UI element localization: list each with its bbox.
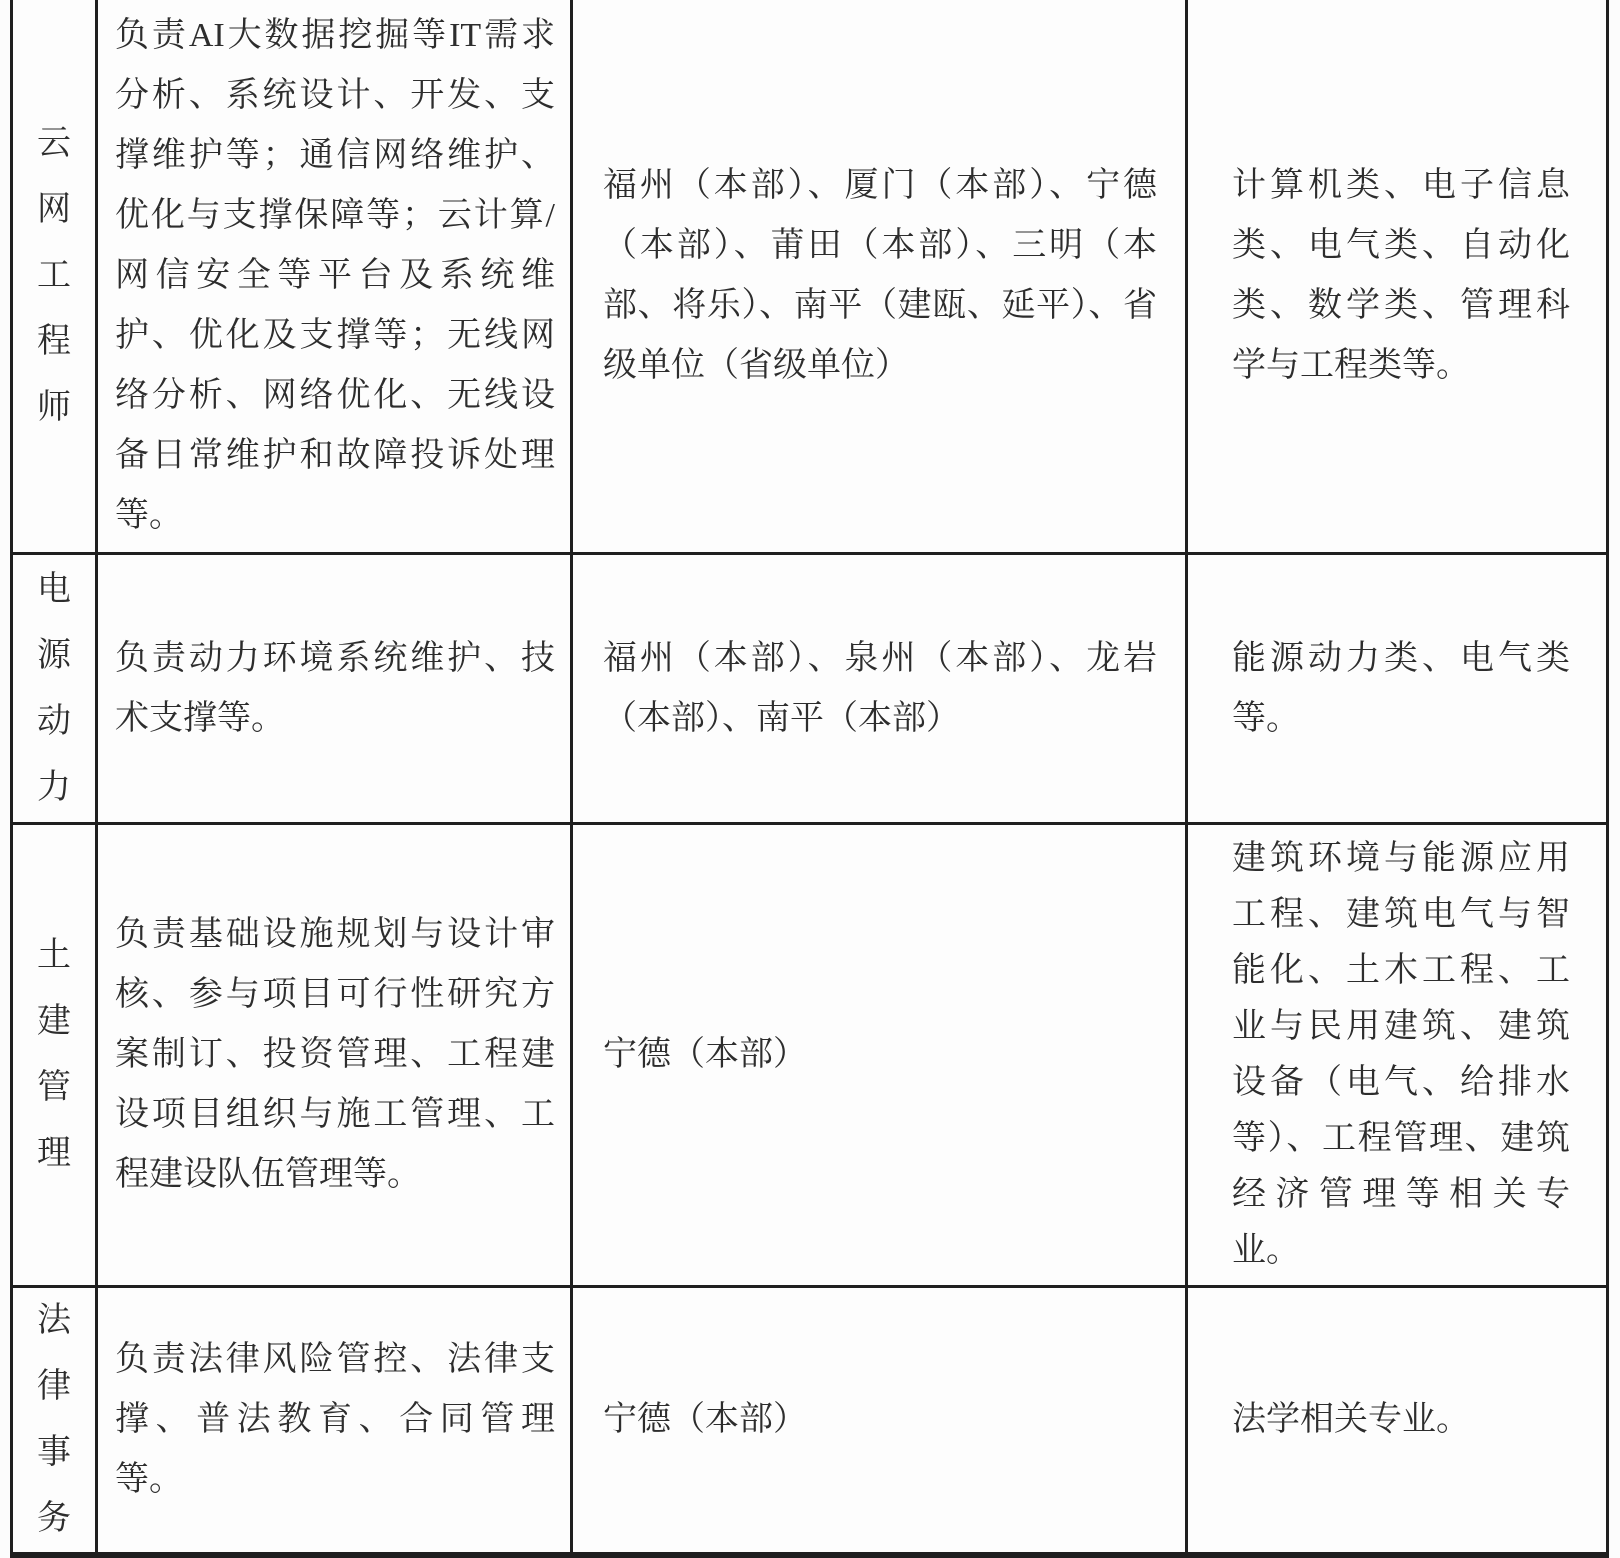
work-locations-cell: 福州（本部）、泉州（本部）、龙岩（本部）、南平（本部） xyxy=(572,554,1187,824)
table-row: 法律事务 负责法律风险管控、法律支撑、普法教育、合同管理等。 宁德（本部） 法学… xyxy=(12,1287,1608,1471)
table-row: 土建管理 负责基础设施规划与设计审核、参与项目可行性研究方案制订、投资管理、工程… xyxy=(12,824,1608,1287)
job-duties-cell: 负责法律风险管控、法律支撑、普法教育、合同管理等。 xyxy=(97,1287,572,1471)
job-duties-cell: 负责动力环境系统维护、技术支撑等。 xyxy=(97,554,572,824)
work-locations-cell: 福州（本部）、厦门（本部）、宁德（本部）、莆田（本部）、三明（本部、将乐）、南平… xyxy=(572,0,1187,554)
position-title-cell: 法律事务 xyxy=(12,1287,97,1471)
major-requirements-cell: 能源动力类、电气类等。 xyxy=(1187,554,1608,824)
table-row: 云网工程师 负责AI大数据挖掘等IT需求分析、系统设计、开发、支撑维护等；通信网… xyxy=(12,0,1608,554)
work-locations-cell: 宁德（本部） xyxy=(572,1287,1187,1471)
major-requirements-cell: 法学相关专业。 xyxy=(1187,1287,1608,1471)
major-requirements-cell: 建筑环境与能源应用工程、建筑电气与智能化、土木工程、工业与民用建筑、建筑设备（电… xyxy=(1187,824,1608,1287)
table-row: 电源动力 负责动力环境系统维护、技术支撑等。 福州（本部）、泉州（本部）、龙岩（… xyxy=(12,554,1608,824)
major-requirements-cell: 计算机类、电子信息类、电气类、自动化类、数学类、管理科学与工程类等。 xyxy=(1187,0,1608,554)
position-title-cell: 云网工程师 xyxy=(12,0,97,554)
work-locations-cell: 宁德（本部） xyxy=(572,824,1187,1287)
job-duties-cell: 负责AI大数据挖掘等IT需求分析、系统设计、开发、支撑维护等；通信网络维护、优化… xyxy=(97,0,572,554)
job-duties-cell: 负责基础设施规划与设计审核、参与项目可行性研究方案制订、投资管理、工程建设项目组… xyxy=(97,824,572,1287)
document-page: 云网工程师 负责AI大数据挖掘等IT需求分析、系统设计、开发、支撑维护等；通信网… xyxy=(0,0,1620,1470)
recruitment-table: 云网工程师 负责AI大数据挖掘等IT需求分析、系统设计、开发、支撑维护等；通信网… xyxy=(10,0,1609,1470)
position-title-cell: 土建管理 xyxy=(12,824,97,1287)
position-title-cell: 电源动力 xyxy=(12,554,97,824)
